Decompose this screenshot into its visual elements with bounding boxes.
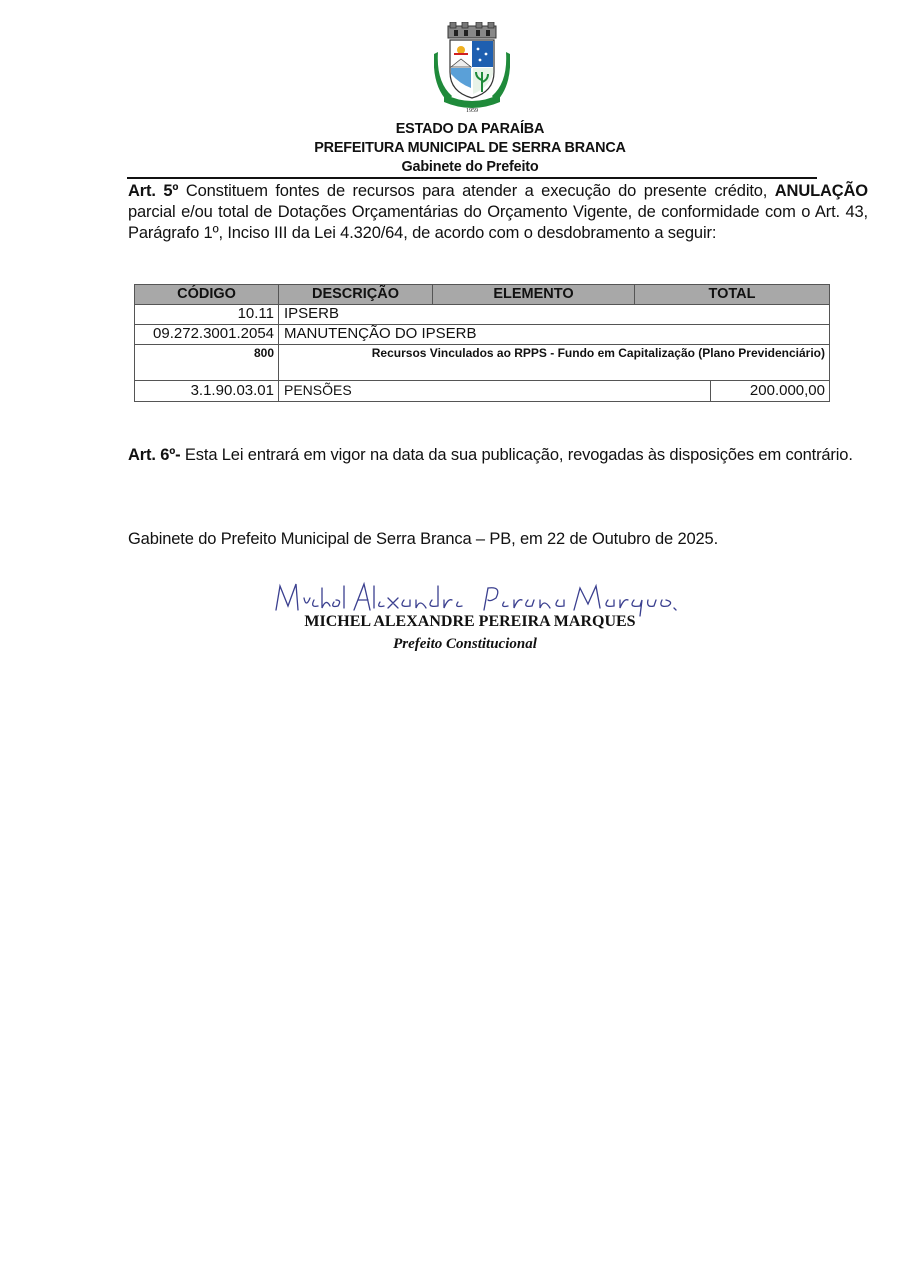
- col-header-codigo: CÓDIGO: [134, 284, 279, 305]
- table-row-4-description: PENSÕES: [278, 380, 711, 402]
- signatory-name: MICHEL ALEXANDRE PEREIRA MARQUES: [0, 613, 900, 631]
- article-5: Art. 5º Constituem fontes de recursos pa…: [128, 181, 868, 244]
- table-row-2-code: 09.272.3001.2054: [134, 324, 279, 345]
- table-row-4-code: 3.1.90.03.01: [134, 380, 279, 402]
- col-header-elemento: ELEMENTO: [432, 284, 635, 305]
- col-header-descricao: DESCRIÇÃO: [278, 284, 433, 305]
- header-state: ESTADO DA PARAÍBA: [19, 120, 900, 137]
- col-header-total: TOTAL: [634, 284, 830, 305]
- closing-location-date: Gabinete do Prefeito Municipal de Serra …: [128, 529, 868, 550]
- header-divider: [127, 177, 817, 179]
- article-5-text-1: Constituem fontes de recursos para atend…: [178, 182, 775, 200]
- article-6-text: Esta Lei entrará em vigor na data da sua…: [181, 446, 853, 464]
- article-5-text-2: parcial e/ou total de Dotações Orçamentá…: [128, 203, 868, 242]
- signatory-title: Prefeito Constitucional: [0, 636, 900, 653]
- table-row-2-description: MANUTENÇÃO DO IPSERB: [278, 324, 830, 345]
- handwritten-signature: [270, 578, 690, 618]
- table-row-3-code: 800: [134, 344, 279, 381]
- table-row-3-description: Recursos Vinculados ao RPPS - Fundo em C…: [278, 344, 830, 381]
- article-5-label: Art. 5º: [128, 182, 178, 200]
- article-6-label: Art. 6º-: [128, 446, 181, 464]
- coat-of-arms-icon: 1959: [434, 22, 510, 114]
- article-6: Art. 6º- Esta Lei entrará em vigor na da…: [128, 445, 868, 466]
- budget-table: CÓDIGO DESCRIÇÃO ELEMENTO TOTAL 10.11 IP…: [134, 284, 830, 402]
- svg-text:1959: 1959: [466, 108, 478, 114]
- header-gabinete: Gabinete do Prefeito: [19, 158, 900, 175]
- article-5-bold: ANULAÇÃO: [775, 182, 868, 200]
- table-row-1-description: IPSERB: [278, 304, 830, 325]
- table-row-4-total: 200.000,00: [710, 380, 830, 402]
- header-prefeitura: PREFEITURA MUNICIPAL DE SERRA BRANCA: [19, 139, 900, 156]
- table-row-1-code: 10.11: [134, 304, 279, 325]
